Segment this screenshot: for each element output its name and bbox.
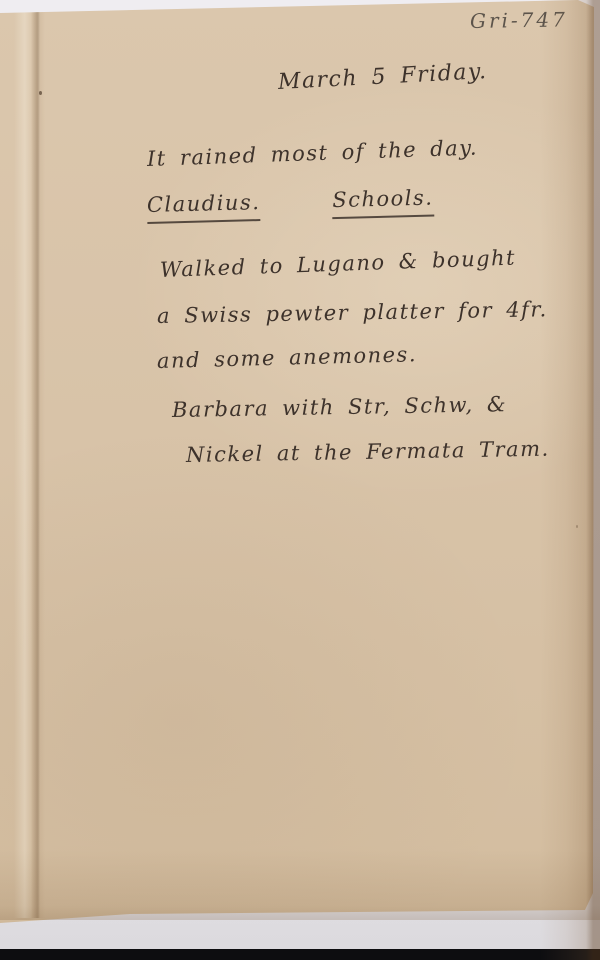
keyword-gap: [261, 207, 333, 209]
entry-line-platter: a Swiss pewter platter for 4fr.: [157, 297, 548, 328]
entry-keywords-line: Claudius.Schools.: [147, 186, 434, 224]
fold-crease: [31, 6, 45, 918]
entry-line-nickel: Nickel at the Fermata Tram.: [186, 437, 550, 467]
keyword-schools: Schools.: [332, 186, 434, 220]
entry-date-line: March 5 Friday.: [277, 59, 488, 95]
paper-speck: [39, 91, 42, 95]
entry-line-rained: It rained most of the day.: [147, 135, 479, 171]
diary-page-paper: Gri-747 March 5 Friday. It rained most o…: [0, 0, 600, 960]
entry-line-barbara: Barbara with Str, Schw, &: [172, 392, 507, 422]
keyword-claudius: Claudius.: [147, 190, 261, 224]
scanned-diary-page: Gri-747 March 5 Friday. It rained most o…: [0, 0, 600, 960]
paper-speck: [576, 525, 578, 528]
entry-line-anemones: and some anemones.: [157, 342, 418, 373]
entry-line-walked: Walked to Lugano & bought: [160, 246, 517, 282]
fold-crease-highlight: [14, 8, 32, 918]
archival-number: Gri-747: [470, 7, 568, 33]
